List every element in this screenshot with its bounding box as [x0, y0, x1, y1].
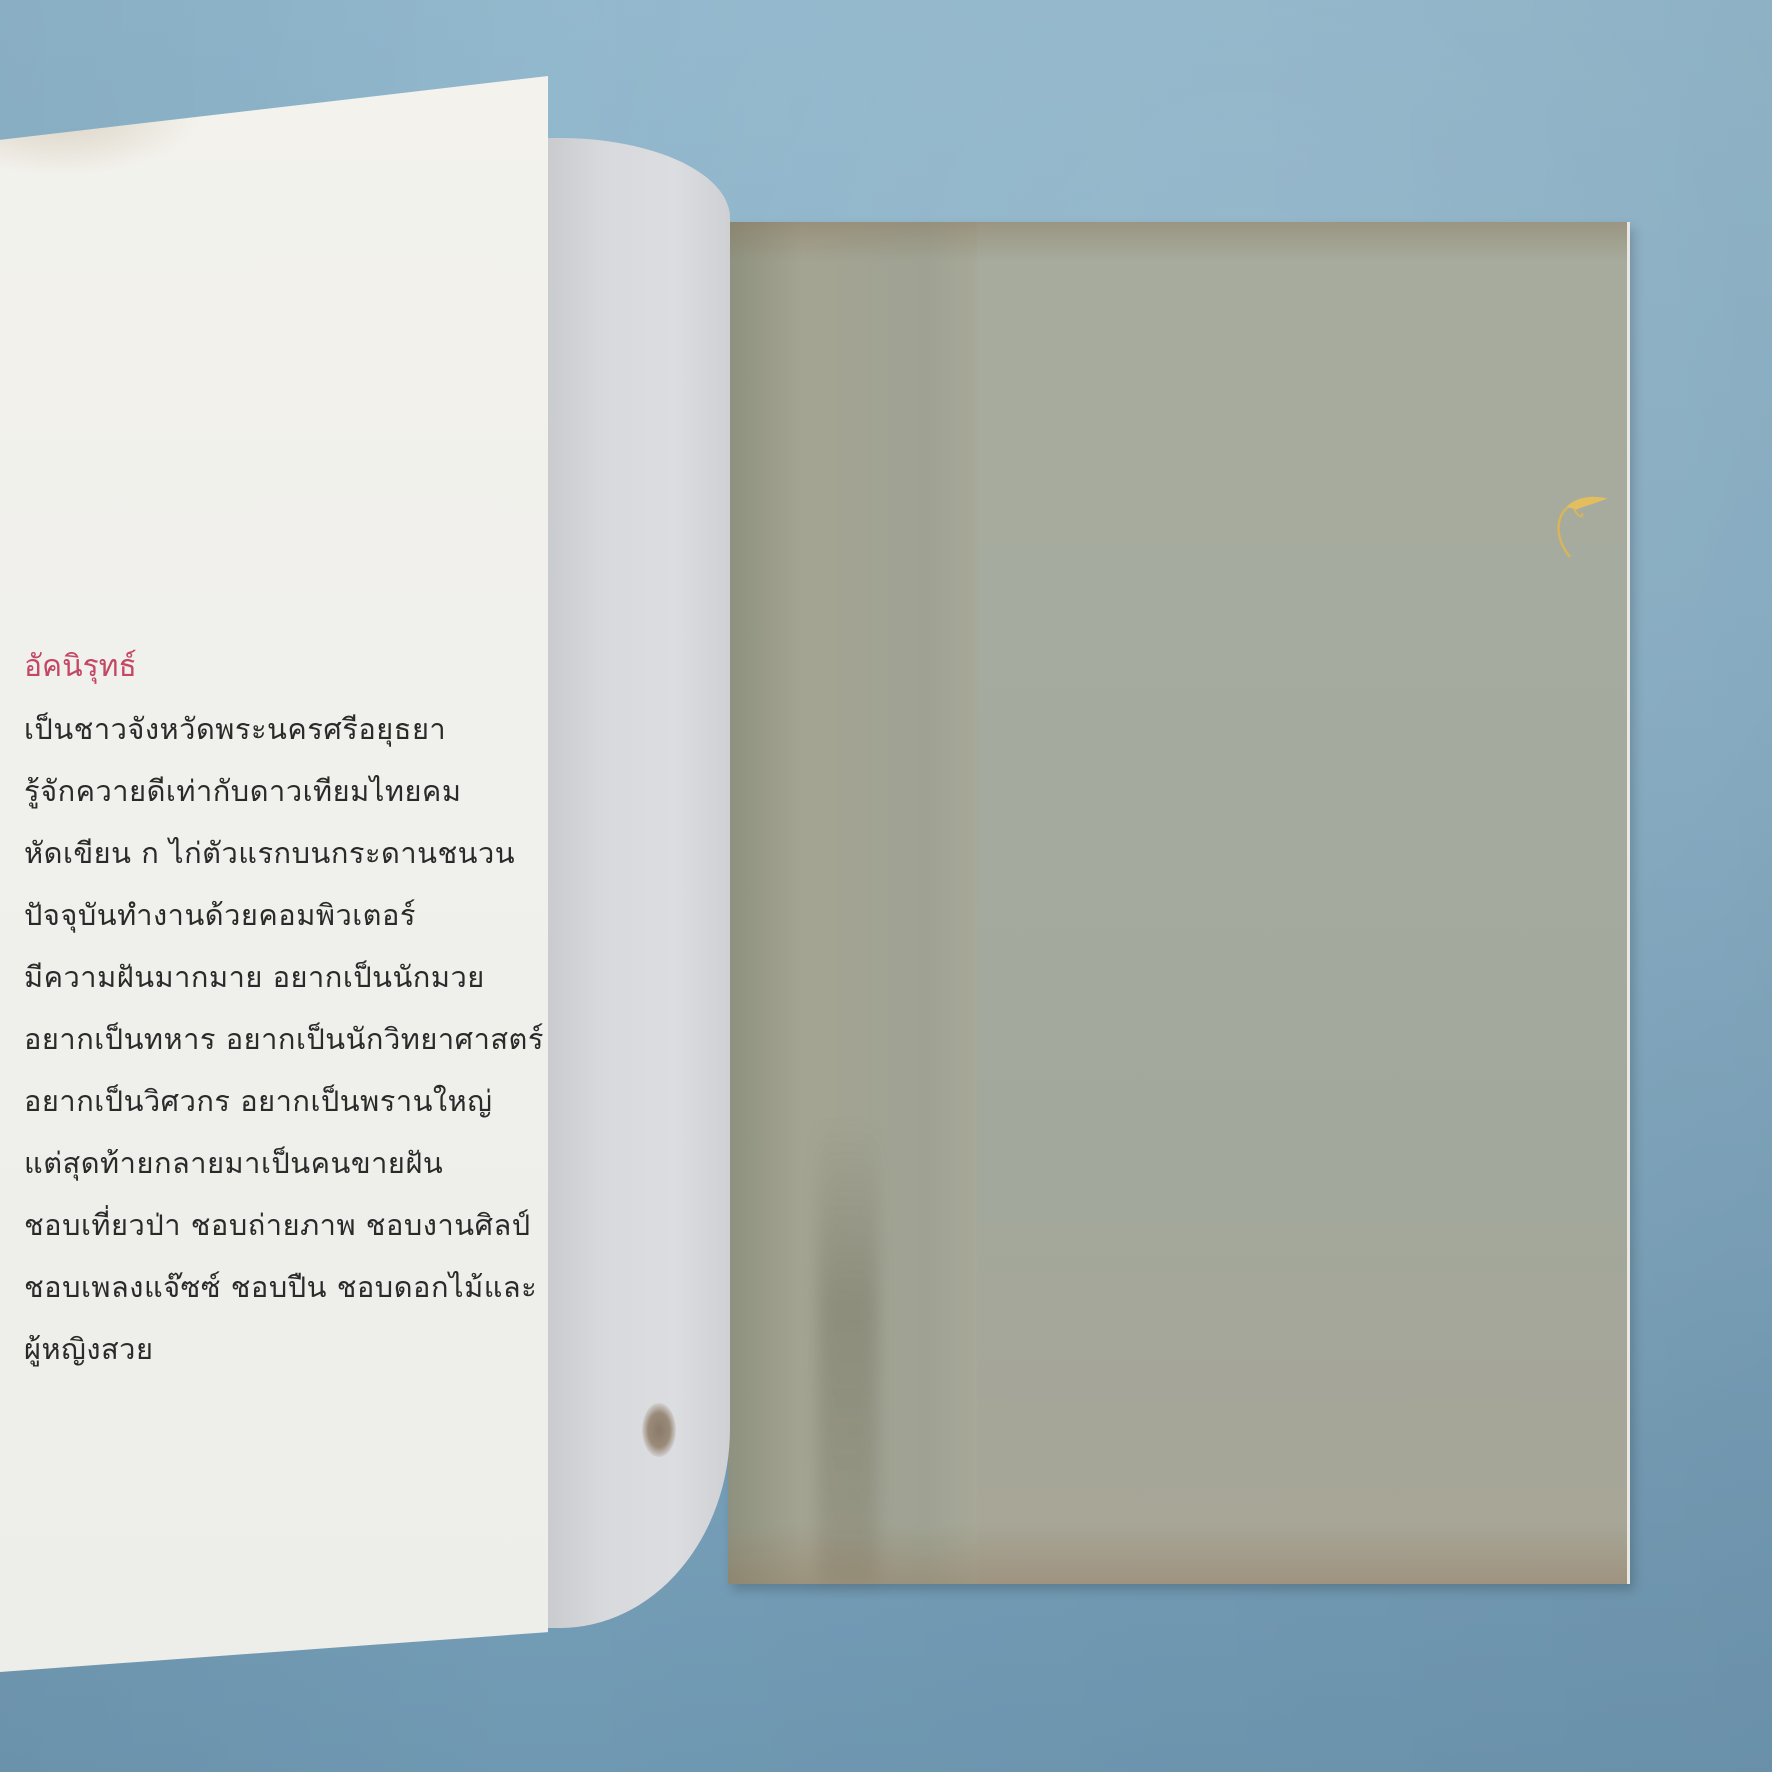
bio-line: มีความฝันมากมาย อยากเป็นนักมวย	[24, 946, 534, 1008]
right-endpaper-page	[728, 222, 1630, 1584]
bio-line: ผู้หญิงสวย	[24, 1318, 534, 1380]
page-stain	[728, 1524, 1627, 1584]
bio-line: อยากเป็นวิศวกร อยากเป็นพรานใหญ่	[24, 1070, 534, 1132]
left-printed-page: อัคนิรุทธ์ เป็นชาวจังหวัดพระนครศรีอยุธยา…	[0, 76, 548, 1672]
photo-scene: อัคนิรุทธ์ เป็นชาวจังหวัดพระนครศรีอยุธยา…	[0, 0, 1772, 1772]
bio-line: อยากเป็นทหาร อยากเป็นนักวิทยาศาสตร์	[24, 1008, 534, 1070]
bio-line: รู้จักควายดีเท่ากับดาวเทียมไทยคม	[24, 760, 534, 822]
author-bio: อัคนิรุทธ์ เป็นชาวจังหวัดพระนครศรีอยุธยา…	[24, 636, 534, 1380]
bio-line: ชอบเที่ยวป่า ชอบถ่ายภาพ ชอบงานศิลป์	[24, 1194, 534, 1256]
author-name: อัคนิรุทธ์	[24, 636, 534, 698]
page-stain	[728, 222, 1627, 262]
bio-line: ปัจจุบันทำงานด้วยคอมพิวเตอร์	[24, 884, 534, 946]
page-edge-stack	[548, 138, 730, 1628]
stray-fiber-icon	[1548, 487, 1608, 567]
bio-line: หัดเขียน ก ไก่ตัวแรกบนกระดานชนวน	[24, 822, 534, 884]
bio-line: แต่สุดท้ายกลายมาเป็นคนขายฝัน	[24, 1132, 534, 1194]
foxing-spot	[642, 1403, 676, 1457]
bio-line: ชอบเพลงแจ๊ซซ์ ชอบปืน ชอบดอกไม้และ	[24, 1256, 534, 1318]
bio-line: เป็นชาวจังหวัดพระนครศรีอยุธยา	[24, 698, 534, 760]
gutter-band	[728, 222, 977, 1584]
